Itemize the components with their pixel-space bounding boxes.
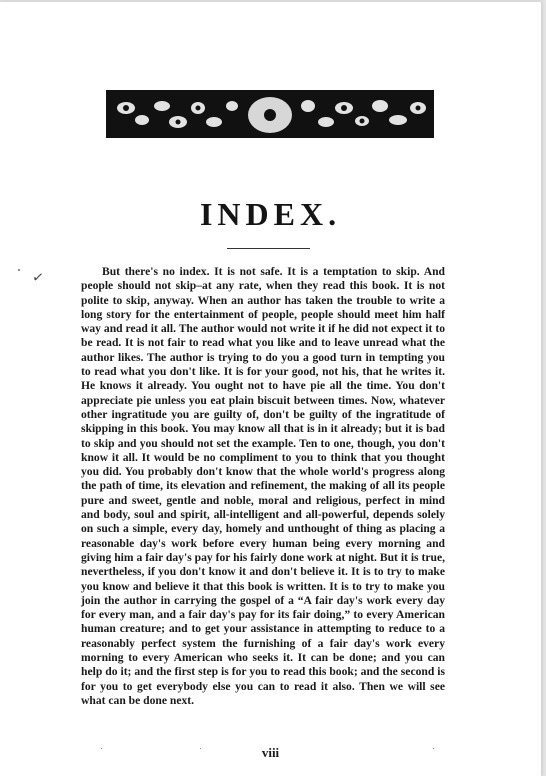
title-divider [227, 248, 310, 249]
body-paragraph: But there's no index. It is not safe. It… [81, 265, 445, 708]
print-speck [200, 748, 201, 749]
print-speck [433, 748, 434, 749]
margin-check-mark: ✓ [31, 269, 45, 287]
document-page: INDEX. ✓ But there's no index. It is not… [0, 1, 541, 776]
floral-ornament-icon [106, 88, 434, 140]
page-number: viii [0, 745, 541, 761]
page-title: INDEX. [0, 196, 541, 233]
print-speck [18, 269, 20, 271]
print-speck [101, 748, 102, 749]
